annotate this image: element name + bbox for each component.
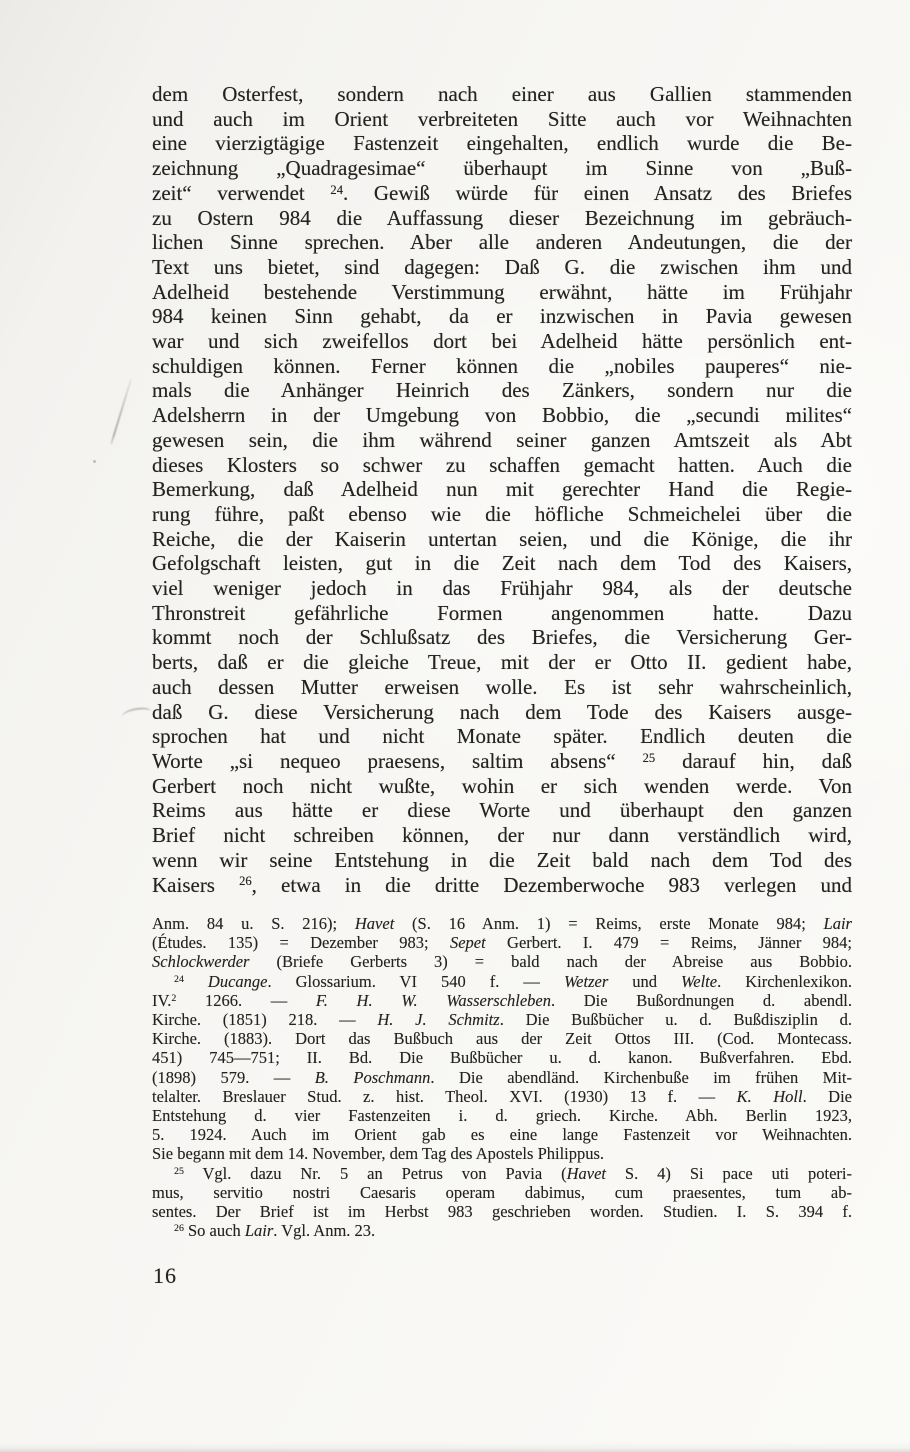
text-line: Adelheid bestehende Verstimmung erwähnt,… — [152, 280, 852, 305]
text-line: 5. 1924. Auch im Orient gab es eine lang… — [152, 1125, 852, 1144]
text-line: Gerbert noch nicht wußte, wohin er sich … — [152, 774, 852, 799]
text-line: telalter. Breslauer Stud. z. hist. Theol… — [152, 1087, 852, 1106]
text-line: Kaisers 26, etwa in die dritte Dezemberw… — [152, 873, 852, 898]
text-line: zu Ostern 984 die Auffassung dieser Beze… — [152, 206, 852, 231]
text-line: Anm. 84 u. S. 216); Havet (S. 16 Anm. 1)… — [152, 914, 852, 933]
text-line: gewesen sein, die ihm während seiner gan… — [152, 428, 852, 453]
text-line: wenn wir seine Entstehung in die Zeit ba… — [152, 848, 852, 873]
text-line: mals die Anhänger Heinrich des Zänkers, … — [152, 378, 852, 403]
body-text: dem Osterfest, sondern nach einer aus Ga… — [152, 82, 852, 897]
text-line: schuldigen können. Ferner können die „no… — [152, 354, 852, 379]
footnote-paragraph: 26 So auch Lair. Vgl. Anm. 23. — [152, 1221, 852, 1240]
book-page-scan: dem Osterfest, sondern nach einer aus Ga… — [0, 0, 910, 1452]
text-line: Kirche. (1851) 218. — H. J. Schmitz. Die… — [152, 1010, 852, 1029]
text-line: Reims aus hätte er diese Worte und überh… — [152, 798, 852, 823]
text-line: Entstehung d. vier Fastenzeiten i. d. gr… — [152, 1106, 852, 1125]
text-line: Sie begann mit dem 14. November, dem Tag… — [152, 1144, 852, 1163]
text-line: sentes. Der Brief ist im Herbst 983 gesc… — [152, 1202, 852, 1221]
text-line: 26 So auch Lair. Vgl. Anm. 23. — [152, 1221, 852, 1240]
text-line: Reiche, die der Kaiserin untertan seien,… — [152, 527, 852, 552]
text-line: viel weniger jedoch in das Frühjahr 984,… — [152, 576, 852, 601]
text-line: 25 Vgl. dazu Nr. 5 an Petrus von Pavia (… — [152, 1164, 852, 1183]
text-line: und auch im Orient verbreiteten Sitte au… — [152, 107, 852, 132]
text-line: Adelsherrn in der Umgebung von Bobbio, d… — [152, 403, 852, 428]
text-line: dem Osterfest, sondern nach einer aus Ga… — [152, 82, 852, 107]
text-line: dieses Klosters so schwer zu schaffen ge… — [152, 453, 852, 478]
text-line: kommt noch der Schlußsatz des Briefes, d… — [152, 625, 852, 650]
text-line: (Études. 135) = Dezember 983; Sepet Gerb… — [152, 933, 852, 952]
margin-speck — [93, 460, 96, 463]
text-line: eine vierzigtägige Fastenzeit eingehalte… — [152, 131, 852, 156]
text-line: rung führe, paßt ebenso wie die höfliche… — [152, 502, 852, 527]
text-line: 984 keinen Sinn gehabt, da er inzwischen… — [152, 304, 852, 329]
text-line: zeit“ verwendet 24. Gewiß würde für eine… — [152, 181, 852, 206]
text-line: Thronstreit gefährliche Formen angenomme… — [152, 601, 852, 626]
margin-pencil-squiggle — [121, 706, 152, 717]
text-line: lichen Sinne sprechen. Aber alle anderen… — [152, 230, 852, 255]
text-line: Bemerkung, daß Adelheid nun mit gerechte… — [152, 477, 852, 502]
text-line: zeichnung „Quadragesimae“ überhaupt im S… — [152, 156, 852, 181]
text-line: sprochen hat und nicht Monate später. En… — [152, 724, 852, 749]
text-line: (1898) 579. — B. Poschmann. Die abendlän… — [152, 1068, 852, 1087]
text-line: daß G. diese Versicherung nach dem Tode … — [152, 700, 852, 725]
text-line: war und sich zweifellos dort bei Adelhei… — [152, 329, 852, 354]
text-line: Worte „si nequeo praesens, saltim absens… — [152, 749, 852, 774]
footnote-paragraph: Anm. 84 u. S. 216); Havet (S. 16 Anm. 1)… — [152, 914, 852, 972]
text-line: auch dessen Mutter erweisen wolle. Es is… — [152, 675, 852, 700]
text-line: Brief nicht schreiben können, der nur da… — [152, 823, 852, 848]
page-number: 16 — [153, 1263, 177, 1289]
footnotes: Anm. 84 u. S. 216); Havet (S. 16 Anm. 1)… — [152, 914, 852, 1240]
text-line: Gefolgschaft leisten, gut in die Zeit na… — [152, 551, 852, 576]
margin-pencil-stroke — [110, 379, 132, 445]
text-line: mus, servitio nostri Caesaris operam dab… — [152, 1183, 852, 1202]
text-line: 24 Ducange. Glossarium. VI 540 f. — Wetz… — [152, 972, 852, 991]
text-line: 451) 745—751; II. Bd. Die Bußbücher u. d… — [152, 1048, 852, 1067]
footnote-paragraph: 25 Vgl. dazu Nr. 5 an Petrus von Pavia (… — [152, 1164, 852, 1222]
text-line: Text uns bietet, sind dagegen: Daß G. di… — [152, 255, 852, 280]
footnote-paragraph: 24 Ducange. Glossarium. VI 540 f. — Wetz… — [152, 972, 852, 1164]
text-line: berts, daß er die gleiche Treue, mit der… — [152, 650, 852, 675]
text-line: IV.2 1266. — F. H. W. Wasserschleben. Di… — [152, 991, 852, 1010]
text-line: Schlockwerder (Briefe Gerberts 3) = bald… — [152, 952, 852, 971]
text-line: Kirche. (1883). Dort das Bußbuch aus der… — [152, 1029, 852, 1048]
